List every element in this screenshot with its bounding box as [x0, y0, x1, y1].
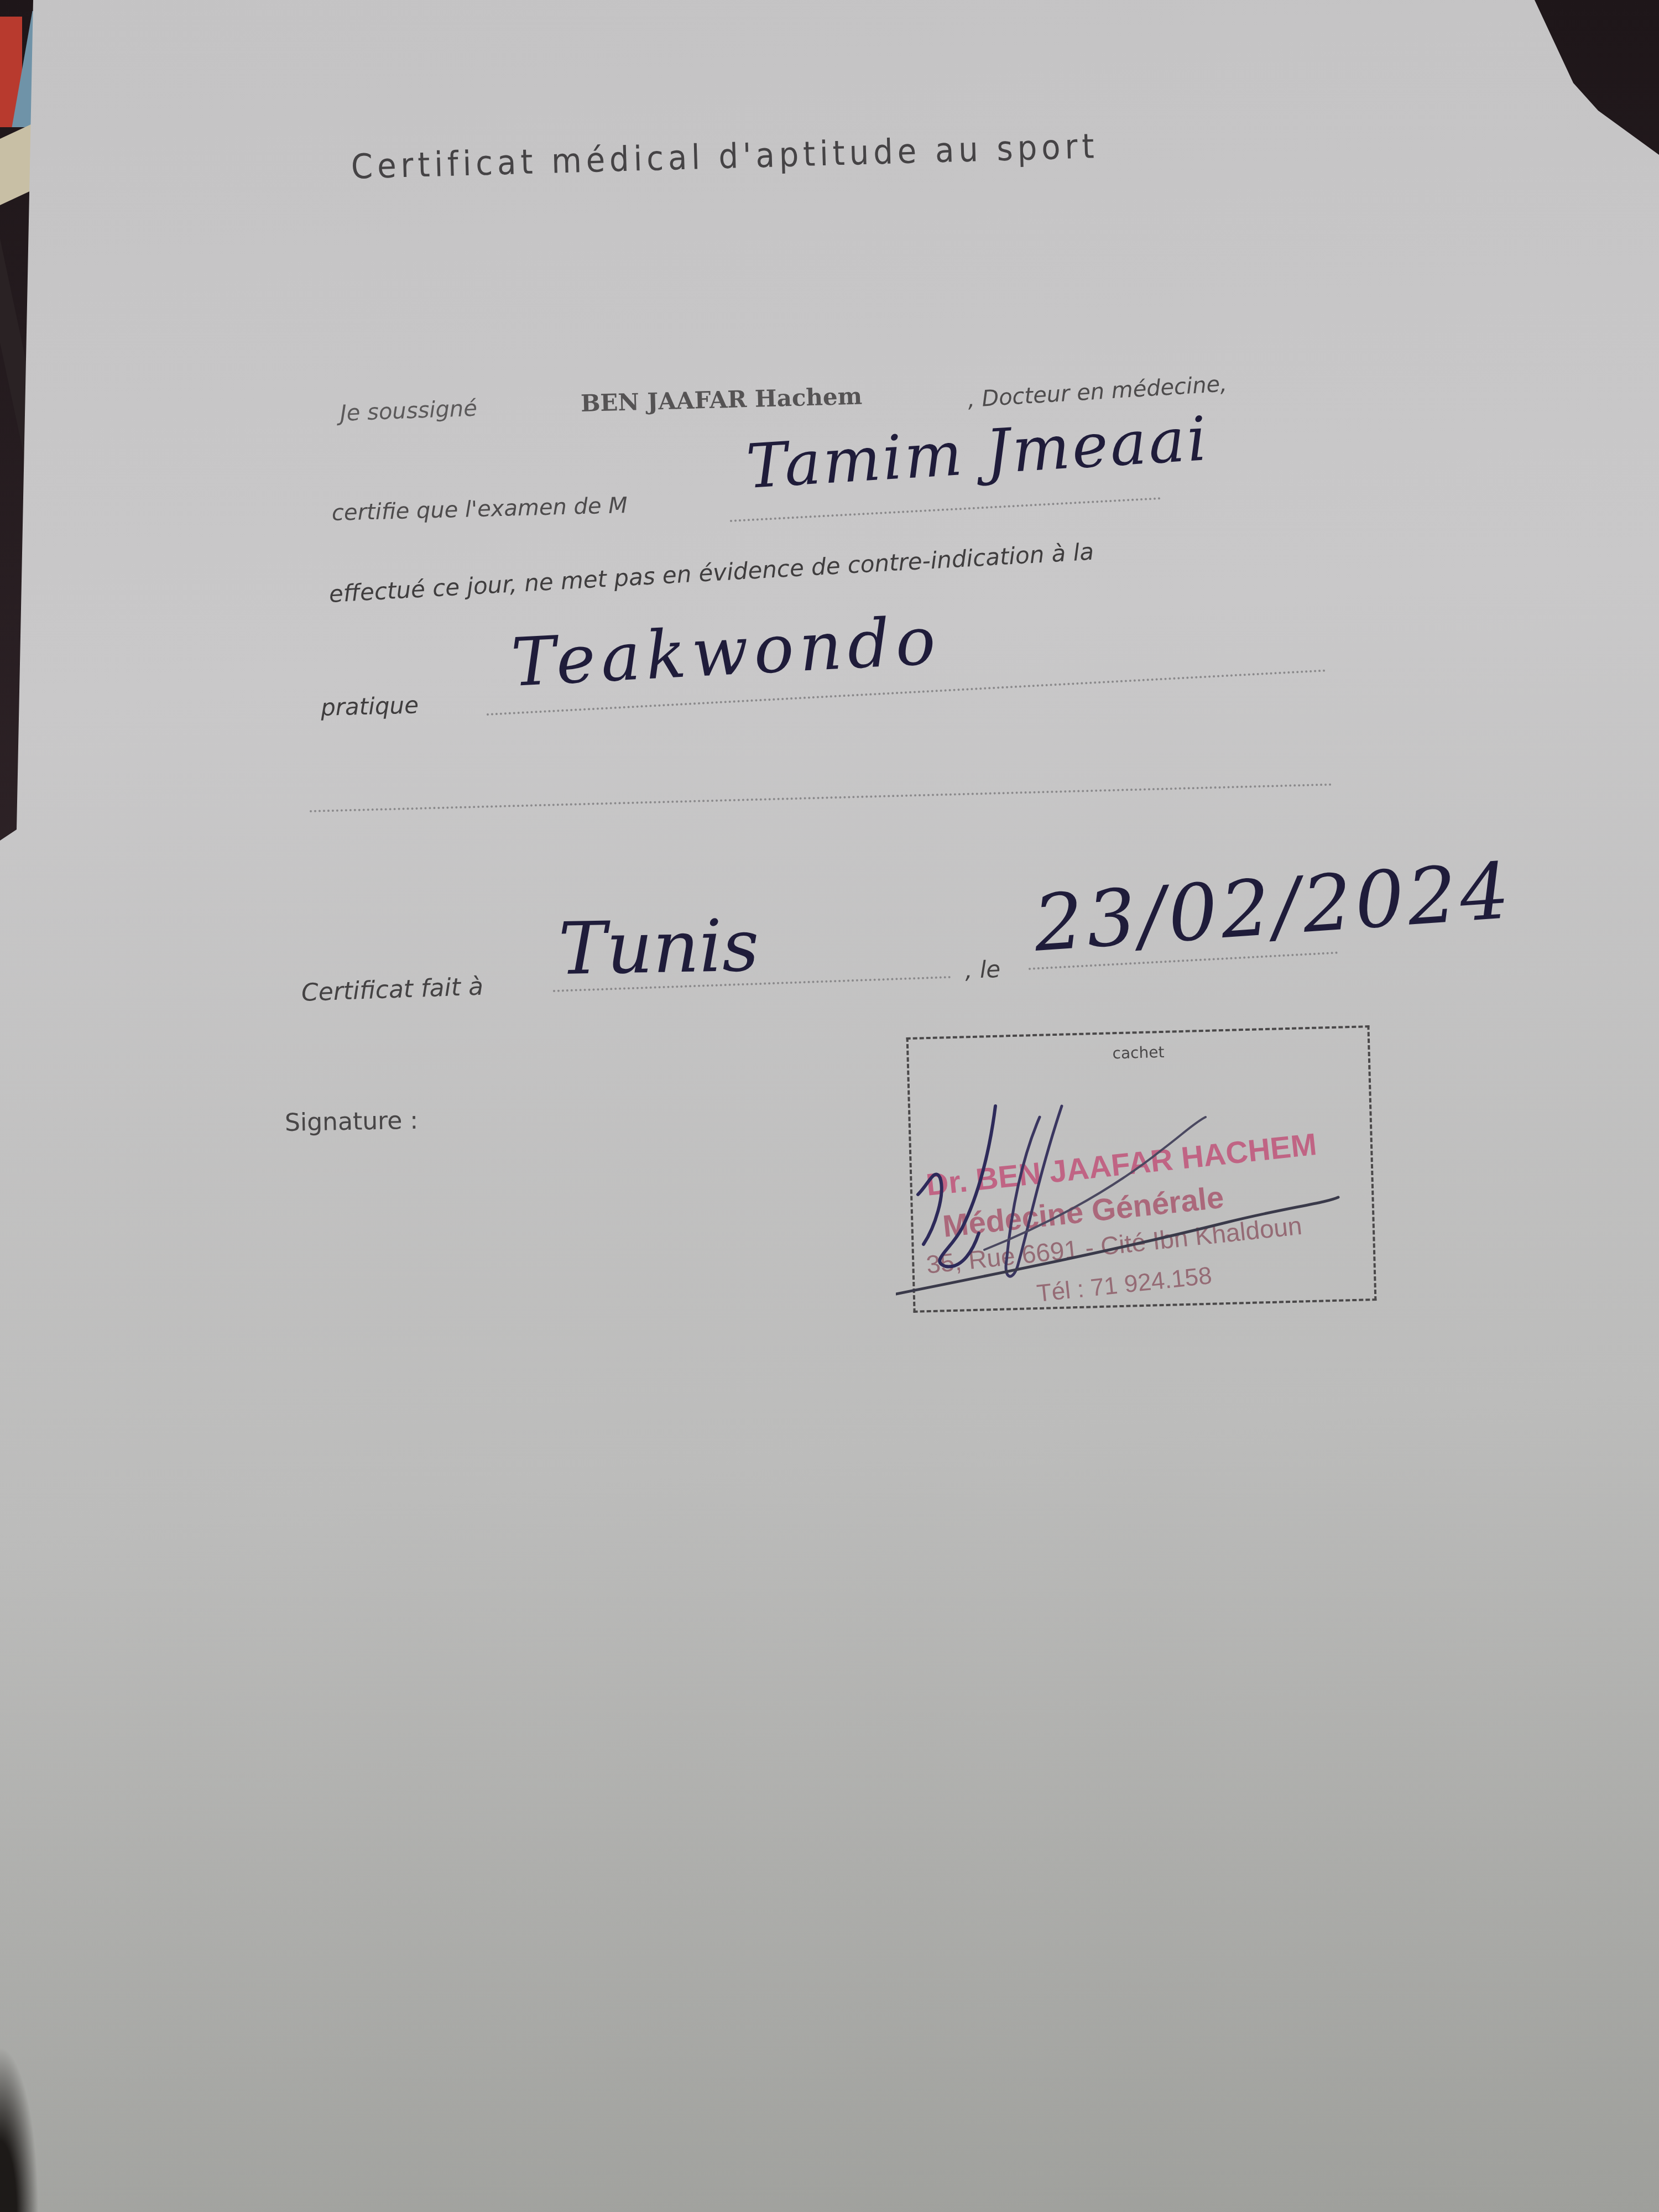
city-handwritten: Tunis [558, 904, 760, 991]
date-label: , le [964, 956, 1001, 984]
practice-label: pratique [320, 691, 419, 721]
photo-scene: Certificat médical d'aptitude au sport J… [0, 0, 1659, 2212]
shadow [0, 2046, 39, 2212]
signature-label: Signature : [285, 1107, 419, 1137]
doctor-signature-scribble [896, 1084, 1394, 1316]
intro-label: Je soussigné [340, 395, 478, 426]
stamp-box-label: cachet [1112, 1043, 1165, 1062]
certificate-paper [0, 0, 1659, 2212]
